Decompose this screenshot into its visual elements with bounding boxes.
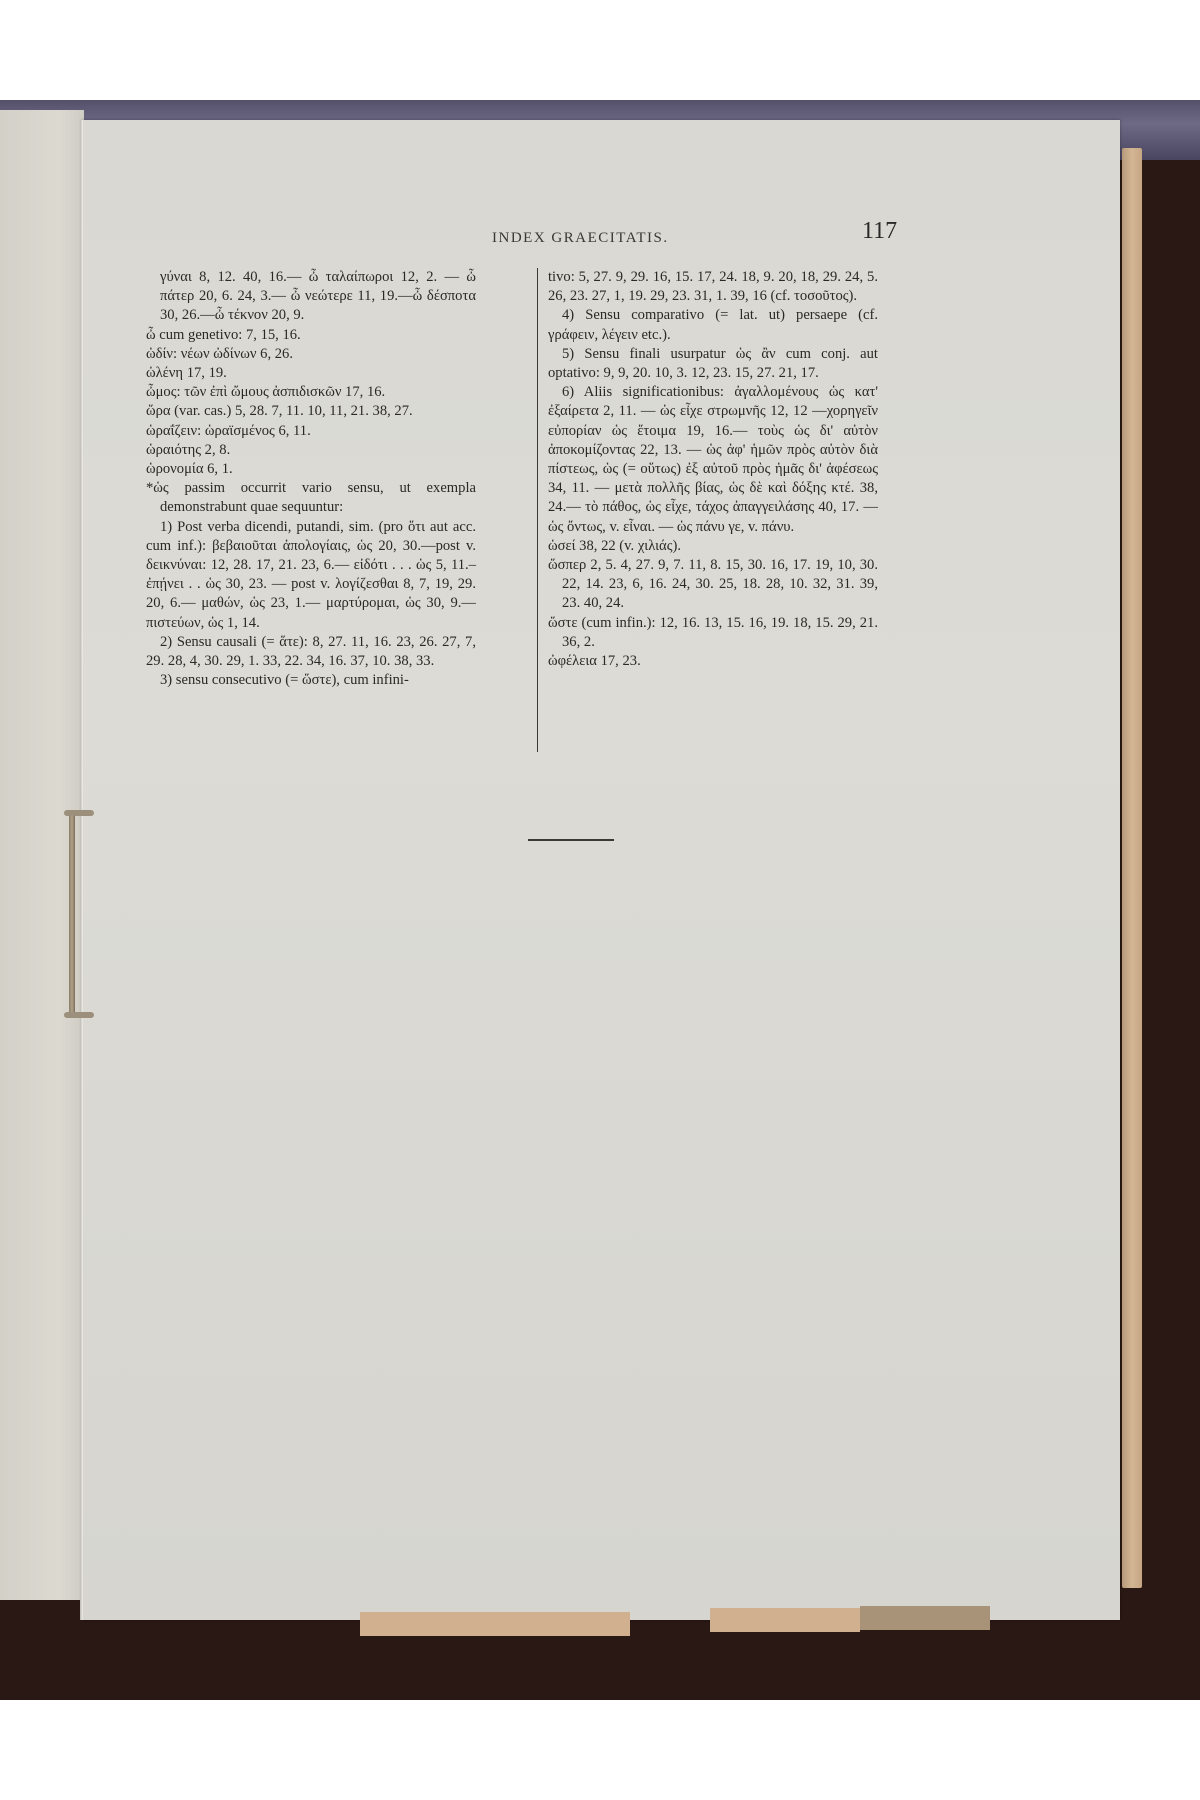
index-entry: ὠλένη 17, 19.: [146, 364, 476, 383]
index-entry: ὠφέλεια 17, 23.: [548, 652, 878, 671]
index-entry: ὡραιότης 2, 8.: [146, 441, 476, 460]
index-entry: ὡραΐζειν: ὡραϊσμένος 6, 11.: [146, 422, 476, 441]
index-entry: ὡρονομία 6, 1.: [146, 460, 476, 479]
index-subentry: 6) Aliis significationibus: ἀγαλλομένους…: [548, 383, 878, 537]
index-entry: ὥρα (var. cas.) 5, 28. 7, 11. 10, 11, 21…: [146, 402, 476, 421]
index-entry: tivo: 5, 27. 9, 29. 16, 15. 17, 24. 18, …: [548, 268, 878, 306]
index-entry: ὥσπερ 2, 5. 4, 27. 9, 7. 11, 8. 15, 30. …: [548, 556, 878, 614]
page-gutter: [80, 120, 83, 1620]
running-head: INDEX GRAECITATIS.: [492, 230, 669, 247]
page-number: 117: [862, 218, 897, 245]
index-entry: *ὡς passim occurrit vario sensu, ut exem…: [146, 479, 476, 517]
torn-cover-fragment: [710, 1608, 860, 1632]
index-subentry: 2) Sensu causali (= ἅτε): 8, 27. 11, 16.…: [146, 633, 476, 671]
show-through-text: [200, 620, 980, 1220]
index-entry: ὠδίν: νέων ὠδίνων 6, 26.: [146, 345, 476, 364]
index-entry: ὥστε (cum infin.): 12, 16. 13, 15. 16, 1…: [548, 614, 878, 652]
right-column: tivo: 5, 27. 9, 29. 16, 15. 17, 24. 18, …: [548, 268, 878, 671]
index-entry: ὡσεί 38, 22 (v. χιλιάς).: [548, 537, 878, 556]
index-entry: ὦ cum genetivo: 7, 15, 16.: [146, 326, 476, 345]
column-divider: [537, 268, 538, 752]
staple-bottom: [64, 1012, 94, 1018]
torn-cover-fragment: [360, 1612, 630, 1636]
torn-cover-fragment: [860, 1606, 990, 1630]
end-rule: [528, 839, 614, 841]
left-column: γύναι 8, 12. 40, 16.— ὦ ταλαίπωροι 12, 2…: [146, 268, 476, 690]
torn-cover-edge: [1122, 148, 1142, 1588]
staple-icon: [69, 815, 75, 1015]
index-subentry: 1) Post verba dicendi, putandi, sim. (pr…: [146, 518, 476, 633]
index-subentry: 3) sensu consecutivo (= ὥστε), cum infin…: [146, 671, 476, 690]
index-entry: ὦμος: τῶν ἐπὶ ὤμους ἀσπιδισκῶν 17, 16.: [146, 383, 476, 402]
photograph: INDEX GRAECITATIS. 117 γύναι 8, 12. 40, …: [0, 100, 1200, 1700]
index-entry: γύναι 8, 12. 40, 16.— ὦ ταλαίπωροι 12, 2…: [146, 268, 476, 326]
index-subentry: 5) Sensu finali usurpatur ὡς ἂν cum conj…: [548, 345, 878, 383]
index-subentry: 4) Sensu comparativo (= lat. ut) persaep…: [548, 306, 878, 344]
